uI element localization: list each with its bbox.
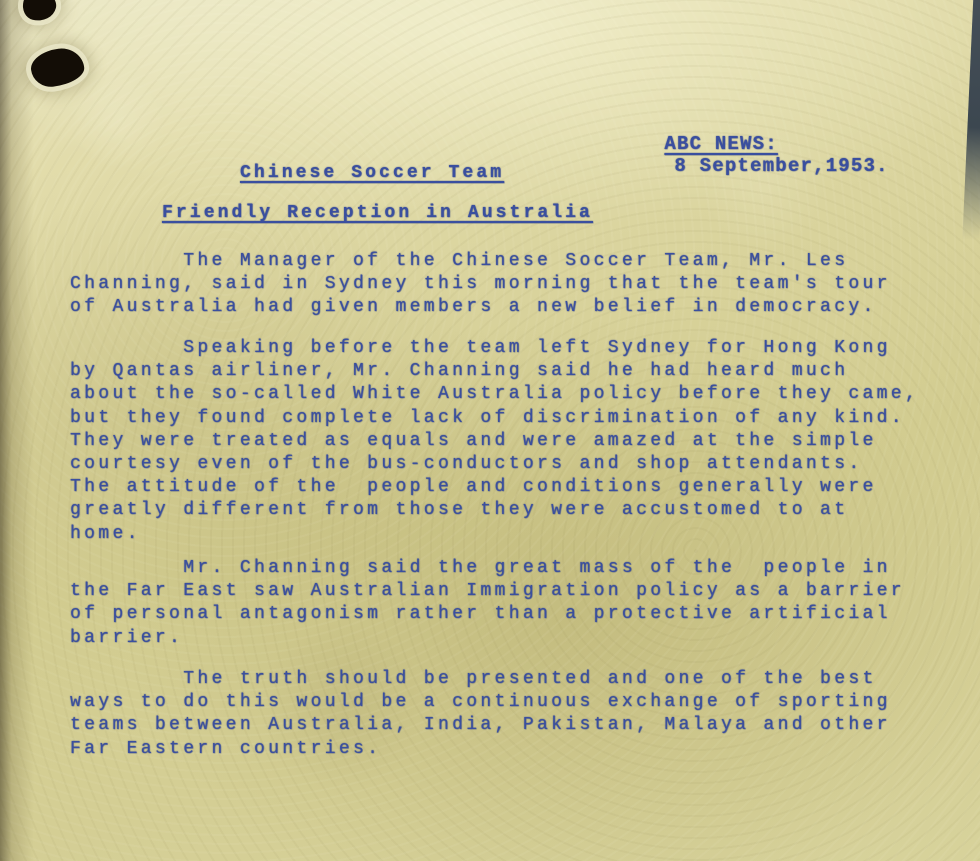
news-date: 8 September,1953.	[674, 155, 888, 177]
news-source-label: ABC NEWS:	[664, 133, 777, 155]
paragraph-3: Mr. Channing said the great mass of the …	[70, 557, 905, 650]
paragraph-2: Speaking before the team left Sydney for…	[70, 337, 919, 546]
document-title: Chinese Soccer Team	[240, 163, 504, 183]
left-edge-shadow	[0, 0, 34, 861]
paragraph-1: The Manager of the Chinese Soccer Team, …	[70, 250, 891, 320]
news-header: ABC NEWS: 8 September,1953.	[614, 111, 889, 199]
punch-hole-bottom	[29, 46, 86, 89]
document-subtitle: Friendly Reception in Australia	[162, 203, 593, 223]
right-edge-strip	[962, 0, 980, 240]
scanned-document-page: ABC NEWS: 8 September,1953. Chinese Socc…	[0, 0, 980, 861]
paragraph-4: The truth should be presented and one of…	[70, 668, 891, 761]
